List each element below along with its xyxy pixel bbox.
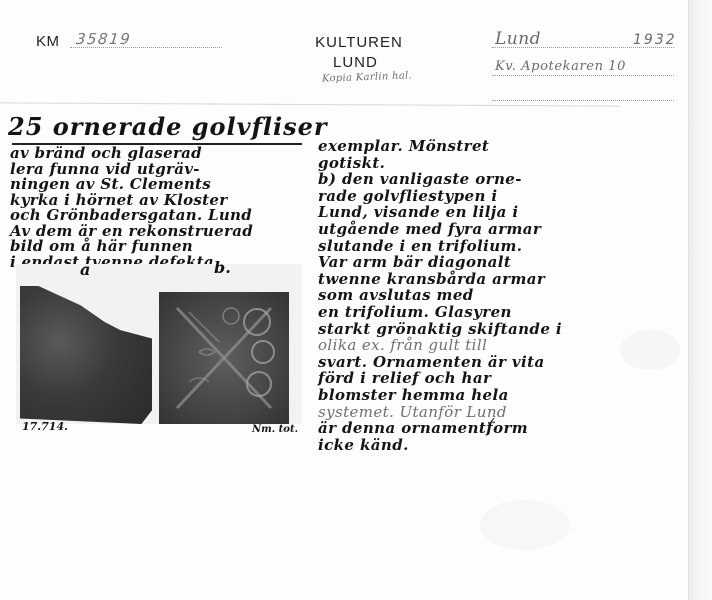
find-place: Lund [495,29,541,49]
institution-city: LUND [333,54,378,71]
continuation-line: exemplar. Mönstret [318,138,608,155]
continuation-line: förd i relief och har [318,370,608,387]
photo-label-a: a [80,260,90,279]
continuation-text: exemplar. Mönstret gotiskt. b) den vanli… [318,138,608,453]
continuation-line: är denna ornamentform [318,420,608,437]
photo-label-b: b. [214,258,231,277]
catalog-number: 35819 [75,30,132,48]
continuation-line: starkt grönaktig skiftande i [318,321,608,338]
continuation-line: systemet. Utanför Lund [318,404,608,421]
continuation-line: svart. Ornamenten är vita [318,354,608,371]
scan-smudge [620,330,680,370]
tile-b [159,292,289,424]
note-text: av bränd och glaserad lera funna vid utg… [10,146,310,270]
tile-photograph: a b. 17.714. Nm. tot. [16,264,302,424]
header-divider [0,102,620,106]
institution-name: KULTUREN [313,33,405,53]
tile-ornament-icon [159,292,289,424]
continuation-line: icke känd. [318,437,608,454]
continuation-line: rade golvfliestypen i [318,188,608,205]
continuation-line: b) den vanligaste orne- [318,171,608,188]
continuation-line: Var arm bär diagonalt [318,254,608,271]
address-line [492,75,674,76]
continuation-line: blomster hemma hela [318,387,608,404]
continuation-line: gotiskt. [318,155,608,172]
continuation-line: twenne kransbårda armar [318,271,608,288]
photo-caption-number: 17.714. [22,420,68,433]
header-handwritten-note: Kopia Karlin hal. [322,70,412,84]
check-mark-icon: ✓ [486,414,497,430]
blank-field-line [492,100,674,101]
catalog-prefix: KM [36,33,60,50]
scan-smudge [480,500,570,550]
continuation-line: Lund, visande en lilja i [318,204,608,221]
continuation-line: utgående med fyra armar [318,221,608,238]
scan-edge-shadow [688,0,712,600]
photo-caption-initials: Nm. tot. [252,424,298,435]
continuation-line: slutande i en trifolium. [318,238,608,255]
continuation-line: olika ex. från gult till [318,337,608,354]
year: 1932 [633,32,677,48]
continuation-line: som avslutas med [318,287,608,304]
tile-fragment-a [20,286,152,424]
catalog-card: KM 35819 KULTUREN LUND Kopia Karlin hal.… [0,0,712,600]
address: Kv. Apotekaren 10 [495,59,626,74]
note-title: 25 ornerade golvfliser [8,114,328,140]
continuation-line: en trifolium. Glasyren [318,304,608,321]
